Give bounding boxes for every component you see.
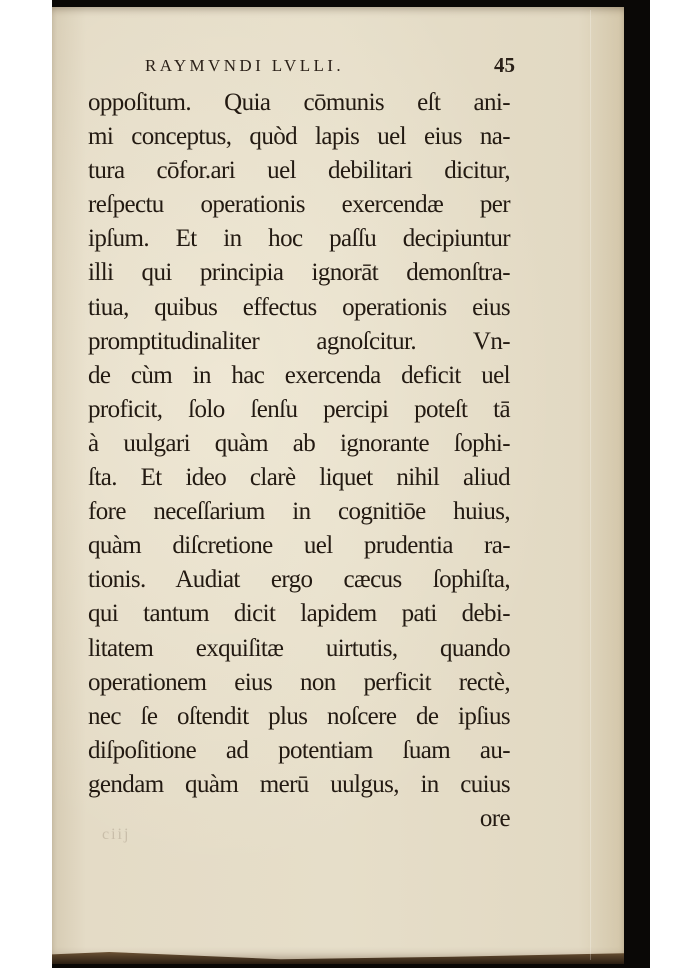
text-line: operationem eius non perficit rectè,	[88, 666, 510, 700]
text-line: mi conceptus, quòd lapis uel eius na-	[88, 120, 510, 154]
text-line: proficit, ſolo ſenſu percipi poteſt tā	[88, 393, 510, 427]
text-line: ipſum. Et in hoc paſſu decipiuntur	[88, 222, 510, 256]
catchword: ore	[88, 802, 510, 836]
text-line: quàm diſcretione uel prudentia ra-	[88, 529, 510, 563]
text-line: illi qui principia ignorāt demonſtra-	[88, 256, 510, 290]
text-line: oppoſitum. Quia cōmunis eſt ani-	[88, 86, 510, 120]
text-line: ſta. Et ideo clarè liquet nihil aliud	[88, 461, 510, 495]
show-through-signature: ciij	[102, 826, 130, 844]
running-head-title: RAYMVNDI LVLLI.	[145, 56, 344, 76]
text-line: promptitudinaliter agnoſcitur. Vn-	[88, 325, 510, 359]
text-line: nec ſe oſtendit plus noſcere de ipſius	[88, 700, 510, 734]
text-line: diſpoſitione ad potentiam ſuam au-	[88, 734, 510, 768]
text-line: tura cōfor.ari uel debilitari dicitur,	[88, 154, 510, 188]
text-line: litatem exquiſitæ uirtutis, quando	[88, 632, 510, 666]
text-line: reſpectu operationis exercendæ per	[88, 188, 510, 222]
running-header: RAYMVNDI LVLLI. 45	[145, 56, 515, 82]
body-text: oppoſitum. Quia cōmunis eſt ani- mi conc…	[88, 86, 510, 836]
text-line: gendam quàm merū uulgus, in cuius	[88, 768, 510, 802]
text-line: fore neceſſarium in cognitiōe huius,	[88, 495, 510, 529]
text-line: à uulgari quàm ab ignorante ſophi-	[88, 427, 510, 461]
text-line: tiua, quibus effectus operationis eius	[88, 291, 510, 325]
text-line: qui tantum dicit lapidem pati debi-	[88, 597, 510, 631]
text-line: de cùm in hac exercenda deficit uel	[88, 359, 510, 393]
text-line: tionis. Audiat ergo cæcus ſophiſta,	[88, 563, 510, 597]
page-number: 45	[494, 53, 515, 78]
paper-crease	[590, 10, 591, 960]
